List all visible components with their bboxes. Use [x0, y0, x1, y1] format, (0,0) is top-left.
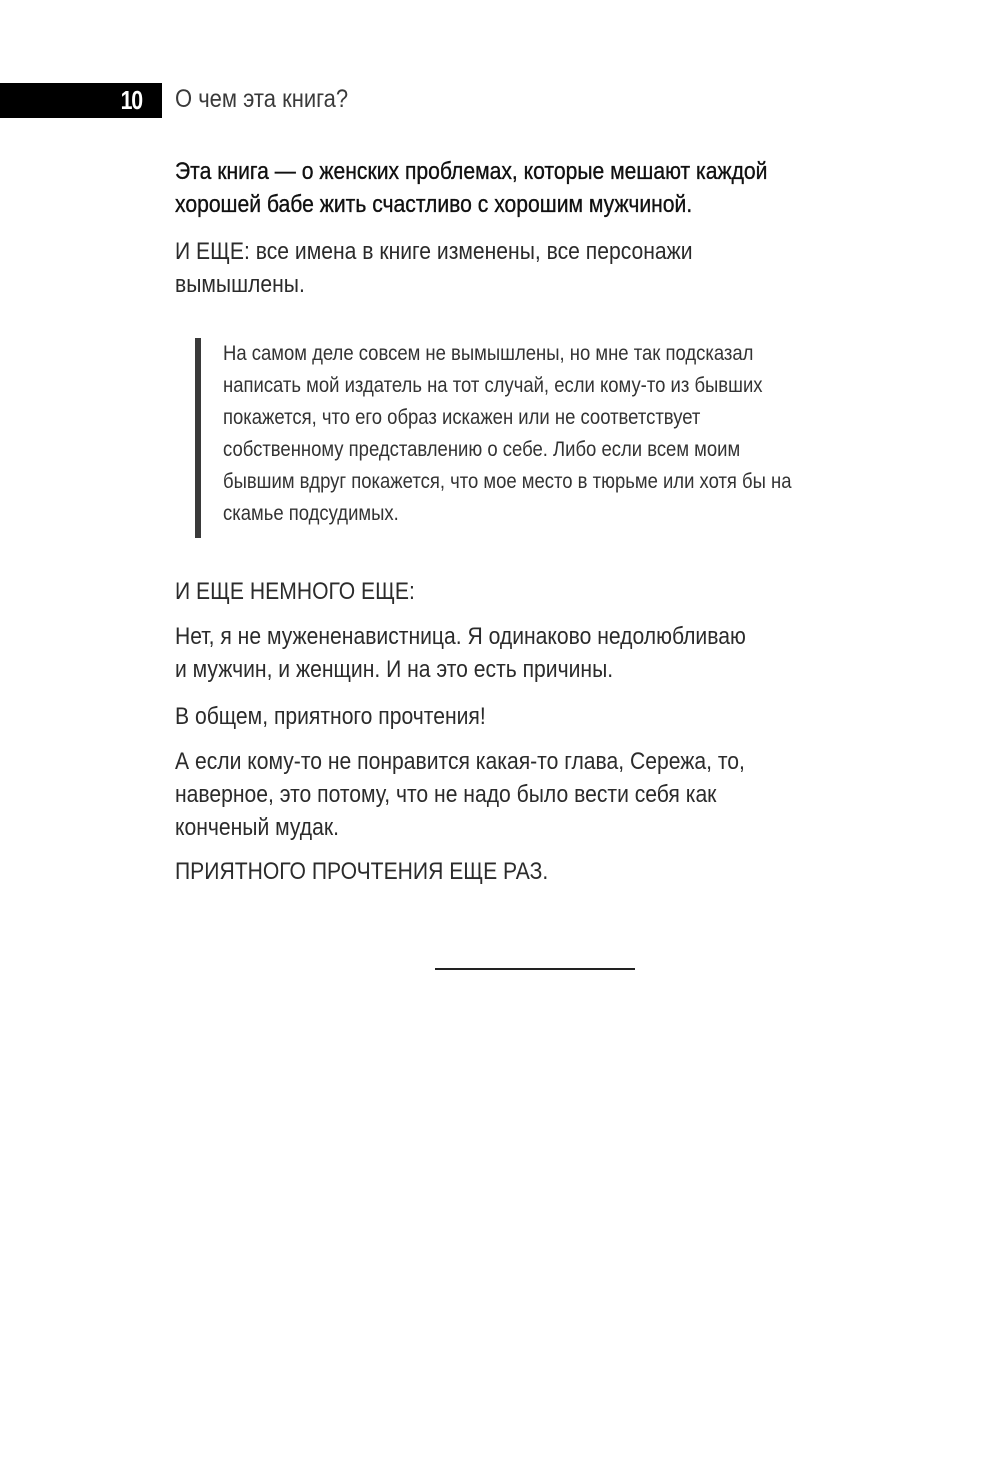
paragraph-2: В общем, приятного прочтения!	[175, 700, 528, 733]
closing-line: ПРИЯТНОГО ПРОЧТЕНИЯ ЕЩЕ РАЗ.	[175, 855, 599, 888]
paragraph-line: наверное, это потому, что не надо было в…	[175, 778, 745, 811]
paragraph-line: Нет, я не мужененавистница. Я одинаково …	[175, 620, 746, 653]
page-number-bar: 10	[0, 83, 162, 118]
quote-line: бывшим вдруг покажется, что мое место в …	[223, 466, 814, 498]
lead-line: хорошей бабе жить счастливо с хорошим му…	[175, 188, 767, 221]
closing-text: ПРИЯТНОГО ПРОЧТЕНИЯ ЕЩЕ РАЗ.	[175, 855, 548, 888]
section-end-rule	[435, 968, 635, 970]
running-title: О чем эта книга?	[175, 85, 348, 114]
paragraph-line: и мужчин, и женщин. И на это есть причин…	[175, 653, 746, 686]
quote-line: На самом деле совсем не вымышлены, но мн…	[223, 338, 814, 370]
paragraph-1: Нет, я не мужененавистница. Я одинаково …	[175, 620, 824, 686]
lead-paragraph: Эта книга — о женских проблемах, которые…	[175, 155, 848, 221]
quote-line: скамье подсудимых.	[223, 498, 814, 530]
quote-line: написать мой издатель на тот случай, есл…	[223, 370, 814, 402]
quote-line: покажется, что его образ искажен или не …	[223, 402, 814, 434]
paragraph-line: конченый мудак.	[175, 811, 745, 844]
lead-line: Эта книга — о женских проблемах, которые…	[175, 155, 767, 188]
disclaimer-line: И ЕЩЕ: все имена в книге изменены, все п…	[175, 235, 693, 268]
disclaimer-line: вымышлены.	[175, 268, 693, 301]
disclaimer-paragraph: И ЕЩЕ: все имена в книге изменены, все п…	[175, 235, 763, 301]
blockquote: На самом деле совсем не вымышлены, но мн…	[195, 338, 895, 538]
more-heading-text: И ЕЩЕ НЕМНОГО ЕЩЕ:	[175, 575, 415, 608]
paragraph-line: В общем, приятного прочтения!	[175, 700, 486, 733]
paragraph-line: А если кому-то не понравится какая-то гл…	[175, 745, 745, 778]
paragraph-3: А если кому-то не понравится какая-то гл…	[175, 745, 823, 844]
page-number: 10	[121, 85, 142, 116]
more-heading: И ЕЩЕ НЕМНОГО ЕЩЕ:	[175, 575, 448, 608]
quote-line: собственному представлению о себе. Либо …	[223, 434, 814, 466]
